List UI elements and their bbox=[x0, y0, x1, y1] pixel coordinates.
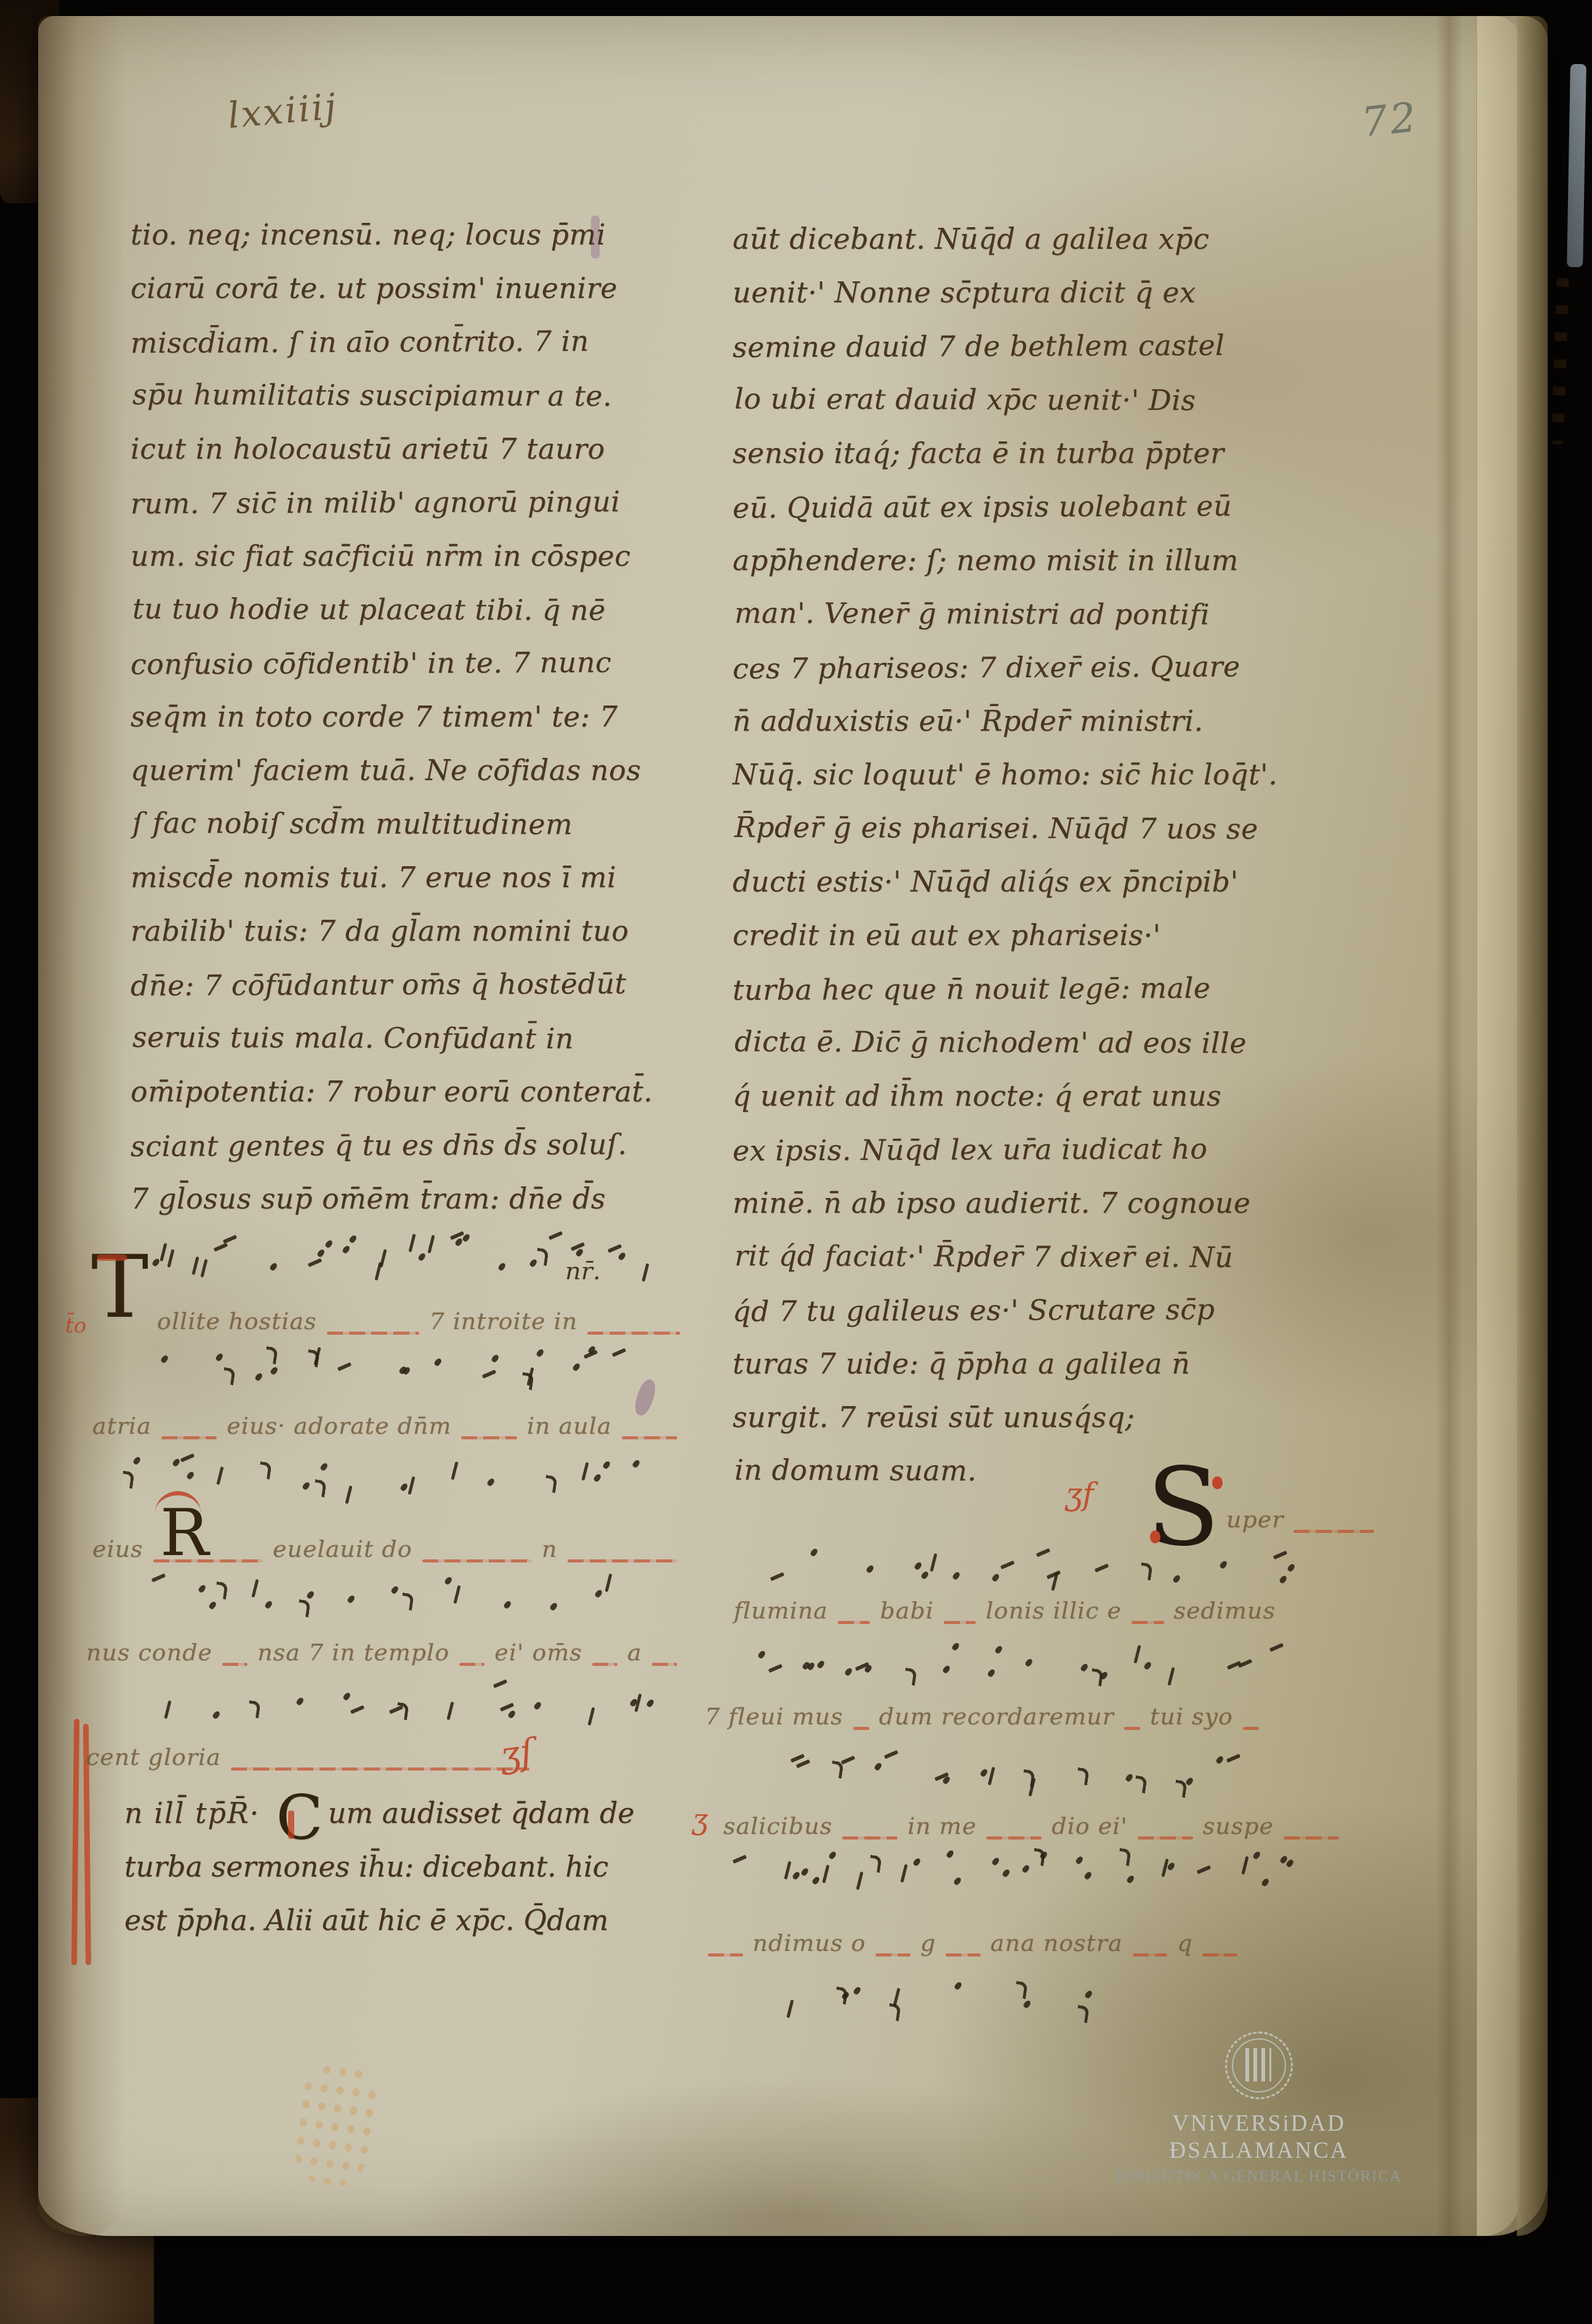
prose-line: ducti estis·' Nūq̄d aliq́s ex p̄ncipib' bbox=[733, 855, 1299, 909]
neume-mark bbox=[903, 1668, 917, 1686]
chant-ruling-line bbox=[986, 1836, 1042, 1839]
prose-line: rit q́d faciat·' R̄pder̄ 7 dixer̄ ei. Nū bbox=[734, 1229, 1301, 1284]
neume-mark bbox=[1184, 1776, 1194, 1786]
prose-line: dn̄e: 7 cōfūdantur om̄s q̄ hostēdūt bbox=[131, 957, 691, 1013]
prose-line: um. sic fiat sac̄ficiū nr̄m in cōspec bbox=[131, 529, 691, 583]
neume-mark bbox=[987, 1668, 996, 1678]
neume-mark bbox=[914, 1561, 923, 1570]
chant-text: a bbox=[627, 1639, 642, 1666]
prose-line: semine dauid 7 de bethlem castel bbox=[733, 318, 1299, 374]
neume-row bbox=[745, 1635, 1305, 1694]
neume-mark bbox=[866, 1564, 875, 1574]
chant-ruling-line bbox=[1133, 1953, 1168, 1956]
chant-text-row: nus condensa 7 in temploei' om̄sa bbox=[86, 1639, 677, 1676]
chant-text: cent gloria bbox=[86, 1743, 221, 1771]
page-curl-highlight bbox=[1476, 16, 1520, 2236]
neume-mark bbox=[1125, 1773, 1134, 1783]
prose-line: surgit. 7 reūsi sūt unusq́sq; bbox=[733, 1391, 1299, 1444]
neume-mark bbox=[991, 1856, 1000, 1866]
neume-mark bbox=[1172, 1574, 1181, 1584]
neume-mark bbox=[270, 1365, 279, 1375]
neume-mark bbox=[417, 1252, 427, 1262]
prose-line: app̄hendere: ſ; nemo misit in illum bbox=[733, 534, 1299, 587]
chant-ruling-line bbox=[1243, 1727, 1259, 1730]
neume-mark bbox=[214, 1243, 228, 1252]
neume-mark bbox=[607, 1244, 621, 1253]
neume-mark bbox=[912, 1857, 922, 1867]
neume-mark bbox=[1000, 1560, 1014, 1569]
neume-mark bbox=[208, 1600, 217, 1610]
chant-text: in me bbox=[907, 1812, 976, 1839]
neume-mark bbox=[549, 1601, 558, 1611]
chant-ruling-line bbox=[1293, 1530, 1374, 1533]
neume-mark bbox=[172, 1458, 181, 1468]
neume-mark bbox=[151, 1574, 166, 1583]
neume-mark bbox=[400, 1482, 409, 1492]
neume-mark bbox=[868, 1855, 882, 1873]
chant-text-row: ollite hostias7 introite in bbox=[157, 1308, 680, 1345]
chant-ruling-line bbox=[459, 1663, 484, 1666]
prose-line: man'. Vener̄ ḡ ministri ad pontifi bbox=[734, 586, 1301, 641]
neume-mark bbox=[491, 1354, 500, 1364]
neume-mark bbox=[1134, 1645, 1141, 1663]
chant-ruling-line bbox=[842, 1836, 898, 1839]
neume-mark bbox=[451, 1461, 458, 1479]
chant-ruling-line bbox=[153, 1559, 263, 1562]
chant-ruling-line bbox=[161, 1436, 217, 1439]
neume-mark bbox=[313, 1479, 327, 1497]
neume-mark bbox=[247, 1700, 261, 1718]
neume-mark bbox=[920, 1570, 930, 1580]
chant-text: q bbox=[1177, 1929, 1192, 1956]
prose-line: Nūq̄. sic loquut' ē homo: sic̄ hic loq̄t… bbox=[733, 748, 1299, 802]
neume-mark bbox=[342, 1245, 351, 1255]
watermark-library: BIBLIOTECA GENERAL HISTÓRICA bbox=[1025, 2165, 1493, 2189]
neume-mark bbox=[856, 1872, 864, 1890]
chant-text: n bbox=[542, 1535, 557, 1562]
neume-mark bbox=[446, 1701, 454, 1719]
prose-line: rabilib' tuis: 7 da gl̄am nomini tuo bbox=[131, 904, 691, 958]
prose-line: dicta ē. Dic̄ ḡ nichodem' ad eos ille bbox=[734, 1015, 1301, 1070]
neume-mark bbox=[1075, 1767, 1090, 1785]
neume-mark bbox=[991, 1573, 1000, 1583]
neume-mark bbox=[841, 1756, 855, 1765]
neume-mark bbox=[342, 1691, 352, 1701]
neume-mark bbox=[350, 1705, 364, 1714]
neume-mark bbox=[320, 1462, 329, 1472]
neume-row bbox=[154, 1340, 653, 1398]
prose-line: minē. n̄ ab ipso audierit. 7 cognoue bbox=[733, 1176, 1299, 1230]
neume-mark bbox=[324, 1239, 334, 1249]
chant-ruling-line bbox=[946, 1953, 981, 1956]
chant-ruling-line bbox=[1124, 1727, 1140, 1730]
neume-mark bbox=[792, 1871, 801, 1881]
neume-row bbox=[776, 1743, 1262, 1802]
chant-text: eius bbox=[92, 1535, 143, 1562]
chant-ruling-line bbox=[1284, 1836, 1339, 1839]
neume-mark bbox=[1002, 1868, 1011, 1878]
neume-mark bbox=[380, 1248, 387, 1267]
prose-line: confusio cōfidentib' in te. 7 nunc bbox=[131, 635, 691, 691]
prose-line: q́ uenit ad ih̄m nocte: q́ erat unus bbox=[733, 1069, 1299, 1123]
chant-ruling-line bbox=[327, 1332, 420, 1335]
neume-mark bbox=[994, 1645, 1003, 1655]
chant-text: atria bbox=[92, 1412, 151, 1439]
prose-line: turas 7 uide: q̄ p̄pha a galilea n̄ bbox=[733, 1337, 1299, 1391]
neume-mark bbox=[486, 1478, 496, 1487]
old-folio-number: lxxiiij bbox=[226, 85, 339, 136]
neume-mark bbox=[593, 1473, 602, 1483]
neume-mark bbox=[493, 1679, 507, 1689]
chant-ruling-line bbox=[652, 1663, 677, 1666]
neume-mark bbox=[632, 1459, 641, 1469]
neume-mark bbox=[1021, 1864, 1031, 1874]
chant-ruling-line bbox=[708, 1953, 743, 1956]
neume-mark bbox=[409, 1234, 416, 1252]
neume-mark bbox=[1252, 1851, 1261, 1860]
chant-text: 7 introite in bbox=[429, 1308, 577, 1335]
neume-row bbox=[111, 1450, 665, 1509]
neume-mark bbox=[212, 1710, 221, 1720]
neume-mark bbox=[297, 1599, 312, 1617]
neume-mark bbox=[1014, 1980, 1028, 1998]
neume-mark bbox=[1080, 1662, 1089, 1672]
neume-mark bbox=[121, 1471, 135, 1489]
chant-ruling-line bbox=[1202, 1953, 1237, 1956]
neume-row bbox=[726, 1843, 1311, 1902]
neume-mark bbox=[347, 1594, 356, 1604]
neume-mark bbox=[1075, 1855, 1084, 1865]
decorated-initial-t: T bbox=[91, 1245, 148, 1331]
university-seal-icon bbox=[1225, 2032, 1293, 2099]
prose-line: rum. 7 sic̄ in milib' agnorū pingui bbox=[131, 475, 691, 531]
prose-line: icut in holocaustū arietū 7 tauro bbox=[131, 422, 691, 476]
chant-text: uper bbox=[1226, 1506, 1284, 1533]
prose-line: credit in eū aut ex phariseis·' bbox=[733, 909, 1299, 962]
prose-line: querim' faciem tuā. Ne cōfidas nos bbox=[131, 744, 691, 797]
gospel-incipit-abbrev: n ill̄ tp̄R̄· bbox=[124, 1796, 260, 1830]
chant-text-row: 7 fleui musdum recordaremurtui syo bbox=[705, 1703, 1259, 1740]
neume-mark bbox=[810, 1547, 819, 1557]
gospel-line: um audisset q̄dam de bbox=[328, 1796, 635, 1830]
chant-text: ei' om̄s bbox=[494, 1639, 582, 1666]
prose-line: lo ubi erat dauid xp̄c uenit·' Dis bbox=[734, 372, 1301, 427]
chant-ruling-line bbox=[231, 1767, 529, 1771]
neume-mark bbox=[1036, 1548, 1050, 1557]
neume-row bbox=[142, 1567, 634, 1626]
neume-mark bbox=[544, 1475, 558, 1493]
neume-mark bbox=[787, 2000, 794, 2018]
neume-mark bbox=[1083, 1871, 1093, 1881]
next-folio-ink-showthrough bbox=[1551, 278, 1569, 445]
chant-ruling-line bbox=[622, 1436, 677, 1439]
neume-mark bbox=[192, 1256, 199, 1275]
gospel-incipit-block: n ill̄ tp̄R̄·Cum audisset q̄dam de turba… bbox=[124, 1787, 746, 1947]
red-offertory-mark: ʒf bbox=[1065, 1476, 1094, 1512]
neume-mark bbox=[348, 1234, 357, 1244]
chant-ruling-line bbox=[222, 1663, 247, 1666]
neume-mark bbox=[1095, 1564, 1109, 1573]
chant-text: g bbox=[920, 1929, 936, 1956]
neume-mark bbox=[1269, 1643, 1284, 1652]
neume-mark bbox=[1076, 2004, 1090, 2022]
chant-ruling-line bbox=[461, 1436, 517, 1439]
chant-text: suspe bbox=[1203, 1812, 1274, 1839]
neume-mark bbox=[587, 1707, 595, 1726]
neume-mark bbox=[1241, 1856, 1248, 1875]
chant-ruling-line bbox=[592, 1663, 617, 1666]
neume-mark bbox=[433, 1357, 443, 1367]
chant-text: salicibus bbox=[723, 1812, 832, 1839]
chant-text-row: cent gloria bbox=[86, 1743, 529, 1780]
chant-text: in aula bbox=[527, 1412, 612, 1439]
neume-mark bbox=[1287, 1563, 1296, 1573]
neume-mark bbox=[582, 1462, 589, 1481]
page-curl-shadow bbox=[1517, 16, 1548, 2236]
chant-text: ndimus o bbox=[753, 1929, 866, 1956]
neume-mark bbox=[601, 1460, 611, 1470]
neume-mark bbox=[1219, 1560, 1228, 1570]
neume-mark bbox=[900, 1864, 907, 1883]
chant-text-row: ndimus ogana nostraq bbox=[708, 1929, 1237, 1966]
prose-line: miscd̄iam. ſ in aīo cont̄rito. 7 in bbox=[131, 314, 691, 370]
neume-mark bbox=[1143, 1660, 1152, 1670]
neume-mark bbox=[395, 1702, 409, 1720]
neume-mark bbox=[295, 1696, 305, 1706]
neume-mark bbox=[214, 1582, 228, 1599]
chant-ruling-line bbox=[944, 1621, 976, 1624]
prose-line: ſ fac nobiſ scd̄m multitudinem bbox=[132, 796, 693, 851]
prose-line: sp̄u humilitatis suscipiamur a te. bbox=[132, 368, 693, 423]
prose-line: R̄pder̄ ḡ eis pharisei. Nūq̄d 7 uos se bbox=[734, 800, 1301, 856]
neume-mark bbox=[828, 1850, 837, 1860]
prose-line: n̄ adduxistis eū·' R̄pder̄ ministri. bbox=[733, 694, 1299, 748]
chant-ruling-line bbox=[568, 1559, 677, 1562]
neume-mark bbox=[264, 1346, 278, 1364]
neume-mark bbox=[1273, 1551, 1287, 1560]
prose-line: tu tuo hodie ut placeat tibi. q̄ nē bbox=[132, 582, 693, 637]
chant-text-row: fluminababilonis illic esedimus bbox=[734, 1597, 1276, 1634]
neume-mark bbox=[503, 1600, 512, 1610]
neume-mark bbox=[306, 1590, 315, 1600]
prose-line: ciarū corā te. ut possim' inuenire bbox=[131, 262, 691, 315]
prose-line: aūt dicebant. Nūq̄d a galilea xp̄c bbox=[733, 212, 1299, 266]
neume-mark bbox=[164, 1700, 172, 1719]
prose-line: 7 gl̄osus sup̄ om̄ēm t̄ram: dn̄e d̄s bbox=[131, 1172, 691, 1226]
chant-text: euelauit do bbox=[273, 1535, 412, 1562]
neume-mark bbox=[816, 1660, 826, 1670]
neume-mark bbox=[180, 1454, 195, 1463]
neume-mark bbox=[167, 1249, 175, 1268]
chant-text: dum recordaremur bbox=[879, 1703, 1114, 1730]
neume-mark bbox=[252, 1578, 259, 1597]
neume-mark bbox=[160, 1243, 167, 1261]
prose-line: seq̄m in toto corde 7 timem' te: 7 bbox=[131, 690, 691, 744]
neume-mark bbox=[883, 1750, 898, 1759]
neume-mark bbox=[198, 1583, 207, 1593]
prose-line: eū. Quidā aūt ex ipsis uolebant eū bbox=[733, 479, 1299, 535]
neume-mark bbox=[942, 1665, 951, 1675]
neume-mark bbox=[200, 1259, 207, 1277]
chant-text: tui syo bbox=[1150, 1703, 1233, 1730]
prose-line: tio. neq; incensū. neq; locus p̄mi bbox=[131, 208, 691, 262]
neume-mark bbox=[1279, 1574, 1288, 1584]
gospel-line: est p̄pha. Alii aūt hic ē xp̄c. Q̄dam bbox=[124, 1894, 746, 1947]
neume-mark bbox=[784, 1861, 791, 1880]
neume-mark bbox=[548, 1231, 562, 1240]
chant-ruling-line bbox=[1138, 1836, 1193, 1839]
chant-text: 7 fleui mus bbox=[705, 1703, 843, 1730]
neume-mark bbox=[951, 1642, 960, 1652]
prose-line: sensio itaq́; facta ē in turba p̄pter bbox=[733, 427, 1299, 480]
neume-mark bbox=[572, 1362, 581, 1372]
neume-mark bbox=[874, 1762, 883, 1772]
page-crease bbox=[1436, 16, 1463, 2236]
manuscript-page: lxxiiij 72 tio. neq; incensū. neq; locus… bbox=[38, 16, 1548, 2236]
neume-mark bbox=[497, 1261, 507, 1271]
neume-mark bbox=[641, 1263, 649, 1281]
neume-mark bbox=[757, 1649, 766, 1659]
chant-ruling-line bbox=[853, 1727, 869, 1730]
neume-mark bbox=[132, 1455, 142, 1465]
neume-mark bbox=[1261, 1877, 1270, 1887]
prose-line: ces 7 phariseos: 7 dixer̄ eis. Quare bbox=[733, 640, 1299, 696]
neume-row bbox=[148, 1675, 665, 1734]
chant-ruling-line bbox=[1132, 1621, 1164, 1624]
neume-row bbox=[757, 1543, 1305, 1601]
prose-line: sciant gentes q̄ tu es dn̄s d̄s soluſ. bbox=[131, 1117, 691, 1173]
neume-mark bbox=[1134, 1775, 1148, 1793]
neume-mark bbox=[254, 1372, 263, 1382]
watermark-salamanca: ÐSALAMANCA bbox=[1025, 2137, 1493, 2165]
neume-mark bbox=[400, 1593, 414, 1610]
neume-mark bbox=[390, 1585, 400, 1595]
chant-text: ana nostra bbox=[991, 1929, 1123, 1956]
chant-ruling-line bbox=[838, 1621, 870, 1624]
neume-mark bbox=[259, 1462, 273, 1479]
neume-mark bbox=[1024, 1657, 1034, 1667]
neume-mark bbox=[768, 1664, 782, 1673]
neume-mark bbox=[930, 1553, 937, 1572]
prose-line: miscd̄e nomis tui. 7 erue nos ī mi bbox=[131, 851, 691, 904]
chant-text-row: uper bbox=[1226, 1506, 1374, 1543]
prose-line: om̄ipotentia: 7 robur eorū conterat̄. bbox=[131, 1065, 691, 1119]
chant-text: nsa 7 in templo bbox=[257, 1639, 449, 1666]
prose-line: ex ipsis. Nūq̄d lex ur̄a iudicat ho bbox=[733, 1122, 1299, 1178]
prose-line: q́d 7 tu galileus es·' Scrutare sc̄p bbox=[733, 1282, 1299, 1338]
neume-mark bbox=[1168, 1667, 1175, 1686]
chant-text: nus conde bbox=[86, 1639, 212, 1666]
neume-mark bbox=[811, 1876, 820, 1886]
neume-row bbox=[770, 1969, 1114, 2027]
neume-mark bbox=[617, 1251, 627, 1261]
parchment-repair-stain bbox=[287, 2057, 384, 2190]
photo-frame: lxxiiij 72 tio. neq; incensū. neq; locus… bbox=[0, 0, 1592, 2324]
neume-mark bbox=[215, 1353, 224, 1362]
watermark-university: VNiVERSiDAD bbox=[1025, 2110, 1493, 2137]
neume-mark bbox=[844, 1667, 853, 1677]
page-number-pencil: 72 bbox=[1359, 93, 1421, 146]
neume-mark bbox=[308, 1258, 322, 1267]
neume-mark bbox=[800, 1867, 810, 1877]
neume-mark bbox=[427, 1235, 435, 1253]
neume-mark bbox=[535, 1248, 549, 1266]
neume-mark bbox=[269, 1261, 278, 1271]
neume-mark bbox=[345, 1485, 353, 1503]
chant-ruling-line bbox=[587, 1332, 680, 1335]
neume-mark bbox=[444, 1576, 453, 1586]
text-column-right: aūt dicebant. Nūq̄d a galilea xp̄cuenit·… bbox=[733, 212, 1299, 1498]
neume-mark bbox=[408, 1476, 416, 1495]
neume-mark bbox=[1226, 1753, 1240, 1763]
neume-mark bbox=[646, 1699, 655, 1708]
neume-mark bbox=[853, 1985, 862, 1995]
neume-mark bbox=[186, 1470, 195, 1480]
red-marginal-mark: t̄o bbox=[65, 1314, 86, 1338]
neume-mark bbox=[1084, 1990, 1093, 2000]
neume-mark bbox=[533, 1701, 542, 1711]
neume-mark bbox=[222, 1367, 236, 1385]
neume-mark bbox=[1139, 1562, 1153, 1580]
decorated-initial-c: C bbox=[276, 1791, 323, 1844]
neume-mark bbox=[1023, 1999, 1032, 2009]
chant-ruling-line bbox=[422, 1559, 532, 1562]
neume-mark bbox=[946, 1849, 955, 1859]
neume-mark bbox=[1126, 1874, 1135, 1884]
neume-mark bbox=[223, 1235, 237, 1244]
chant-text-row: atriaeius· adorate dn̄min aula bbox=[92, 1412, 677, 1449]
neume-mark bbox=[979, 1768, 989, 1778]
neume-mark bbox=[264, 1599, 273, 1609]
chant-ruling-line bbox=[875, 1953, 911, 1956]
neume-mark bbox=[605, 1573, 612, 1591]
neume-mark bbox=[507, 1709, 517, 1719]
neume-mark bbox=[217, 1466, 224, 1485]
fore-edge-sliver bbox=[1567, 64, 1586, 267]
neume-mark bbox=[796, 1759, 810, 1769]
neume-mark bbox=[1117, 1848, 1132, 1866]
library-watermark: VNiVERSiDAD ÐSALAMANCA BIBLIOTECA GENERA… bbox=[1025, 2017, 1493, 2189]
neume-mark bbox=[316, 1248, 326, 1258]
neume-mark bbox=[612, 1348, 626, 1357]
neume-mark bbox=[1197, 1865, 1211, 1874]
prose-line: uenit·' Nonne sc̄ptura dicit q̄ ex bbox=[733, 266, 1299, 320]
neume-mark bbox=[953, 1876, 962, 1886]
chant-text-row: eiuseuelauit don bbox=[92, 1535, 677, 1572]
text-column-left: tio. neq; incensū. neq; locus p̄miciarū … bbox=[131, 208, 691, 1226]
neume-mark bbox=[160, 1354, 169, 1364]
neume-mark bbox=[337, 1362, 352, 1372]
neume-mark bbox=[987, 1767, 995, 1785]
chant-text: dio ei' bbox=[1051, 1812, 1128, 1839]
neume-mark bbox=[822, 1865, 830, 1883]
neume-mark bbox=[453, 1585, 460, 1604]
neume-mark bbox=[1238, 1659, 1252, 1668]
neume-mark bbox=[770, 1572, 784, 1581]
chant-text: ollite hostias bbox=[157, 1308, 317, 1335]
neume-mark bbox=[482, 1370, 496, 1379]
neume-row bbox=[142, 1228, 671, 1286]
neume-mark bbox=[1215, 1755, 1224, 1764]
neume-mark bbox=[733, 1855, 747, 1864]
neume-mark bbox=[594, 1589, 603, 1599]
neume-mark bbox=[952, 1571, 961, 1581]
chant-text: eius· adorate dn̄m bbox=[227, 1412, 451, 1439]
neume-mark bbox=[536, 1348, 545, 1357]
prose-line: seruis tuis mala. Confūdant̄ in bbox=[132, 1010, 693, 1066]
neume-mark bbox=[893, 1987, 901, 2006]
neume-mark bbox=[302, 1481, 311, 1491]
